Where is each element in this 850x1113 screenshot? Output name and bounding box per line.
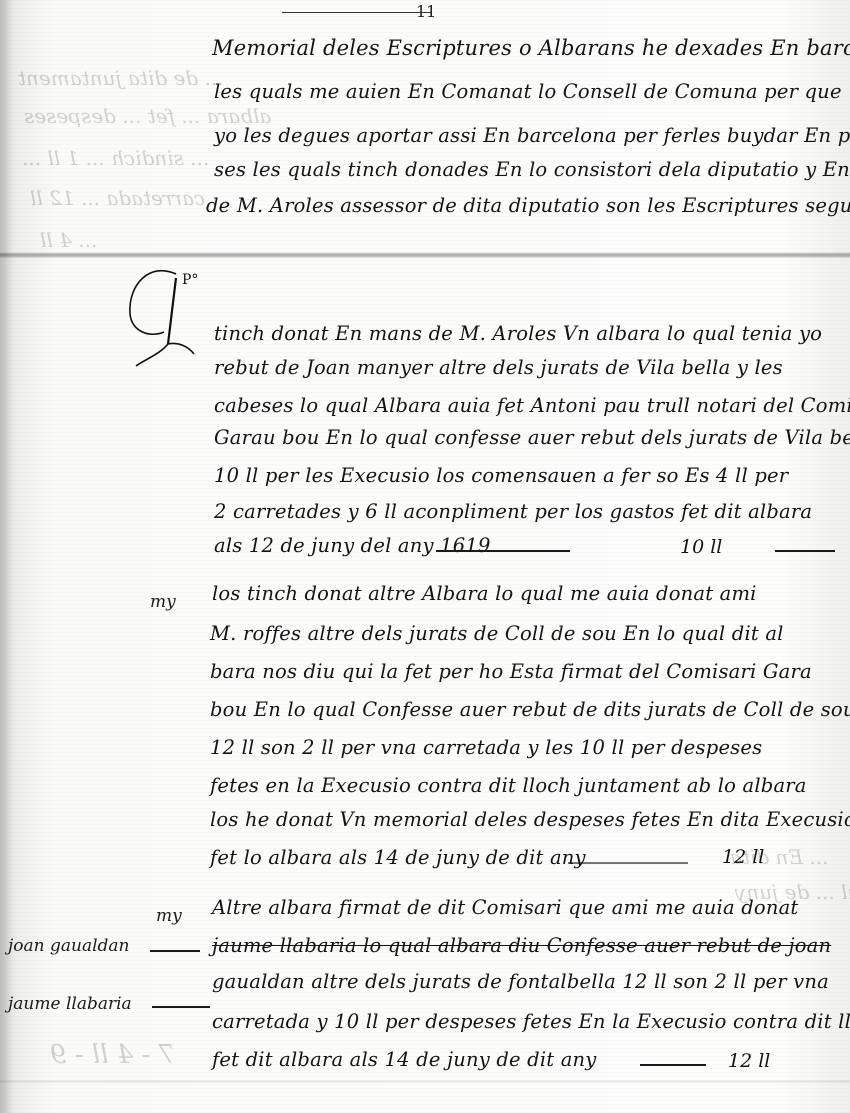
margin-note: my [150, 592, 176, 612]
heading-line: Memorial deles Escriptures o Albarans he… [212, 36, 850, 60]
entry-line: Garau bou En lo qual confesse auer rebut… [214, 426, 850, 449]
entry-amount: 10 ll [680, 536, 722, 558]
entry-line: 2 carretades y 6 ll aconpliment per los … [214, 500, 812, 523]
entry-line: carretada y 10 ll per despeses fetes En … [212, 1010, 850, 1033]
connector-rule [150, 950, 200, 952]
connector-rule [152, 1006, 210, 1008]
entry-line: als 12 de juny del any 1619 [214, 534, 491, 557]
heading-line: de M. Aroles assessor de dita diputatio … [206, 194, 850, 217]
entry-amount: 12 ll [728, 1050, 770, 1072]
entry-line: 10 ll per les Execusio los comensauen a … [214, 464, 788, 487]
bleed-through-line: ... 4 ll [40, 228, 97, 252]
bleed-through-line: ... sindich ... 1 ll ... [22, 146, 209, 170]
paper-fold-crease [0, 252, 850, 258]
entry-line: fetes en la Execusio contra dit lloch ju… [210, 774, 807, 797]
entry-line: los he donat Vn memorial deles despeses … [210, 808, 850, 831]
fill-rule [775, 550, 835, 552]
entry-line: fet lo albara als 14 de juny de dit any [210, 846, 586, 869]
entry-line: fet dit albara als 14 de juny de dit any [212, 1048, 597, 1071]
heading-line: les quals me auien En Comanat lo Consell… [214, 80, 842, 103]
entry-line: bou En lo qual Confesse auer rebut de di… [210, 698, 850, 721]
manuscript-page: ... de dita juntament albara ... fet ...… [0, 0, 850, 1113]
entry-line: cabeses lo qual Albara auia fet Antoni p… [214, 394, 850, 417]
heading-line: yo les degues aportar assi En barcelona … [214, 124, 850, 147]
margin-note: my [156, 906, 182, 926]
page-number: 11 [416, 2, 436, 21]
entry-line: Altre albara firmat de dit Comisari que … [212, 896, 798, 919]
entry-line: rebut de Joan manyer altre dels jurats d… [214, 356, 783, 379]
entry-amount: 12 ll [722, 846, 764, 868]
entry-line: 12 ll son 2 ll per vna carretada y les 1… [210, 736, 762, 759]
heading-line: ses les quals tinch donades En lo consis… [214, 158, 850, 181]
bleed-through-line: ... carretada ... 12 ll [30, 186, 231, 210]
entry-line: bara nos diu qui la fet per ho Esta firm… [210, 660, 812, 683]
paper-bottom-shade [0, 1080, 850, 1083]
entry-line: jaume llabaria lo qual albara diu Confes… [212, 934, 831, 957]
entry-line: gaualdan altre dels jurats de fontalbell… [212, 970, 829, 993]
top-rule [282, 12, 432, 13]
side-name: joan gaualdan [8, 936, 130, 956]
bleed-through-line: 7 - 4 ll - 9 [50, 1040, 175, 1070]
decorative-initial-p: P° [120, 262, 200, 372]
entry-line: tinch donat En mans de M. Aroles Vn alba… [214, 322, 822, 345]
entry-line: M. roffes altre dels jurats de Coll de s… [210, 622, 784, 645]
fill-rule [568, 862, 688, 864]
side-name: jaume llabaria [8, 994, 132, 1014]
entry-line: los tinch donat altre Albara lo qual me … [212, 582, 757, 605]
fill-rule [640, 1064, 706, 1066]
bleed-through-line: ... de dita juntament [18, 66, 224, 90]
svg-text:P°: P° [182, 272, 198, 288]
fill-rule [436, 550, 570, 552]
